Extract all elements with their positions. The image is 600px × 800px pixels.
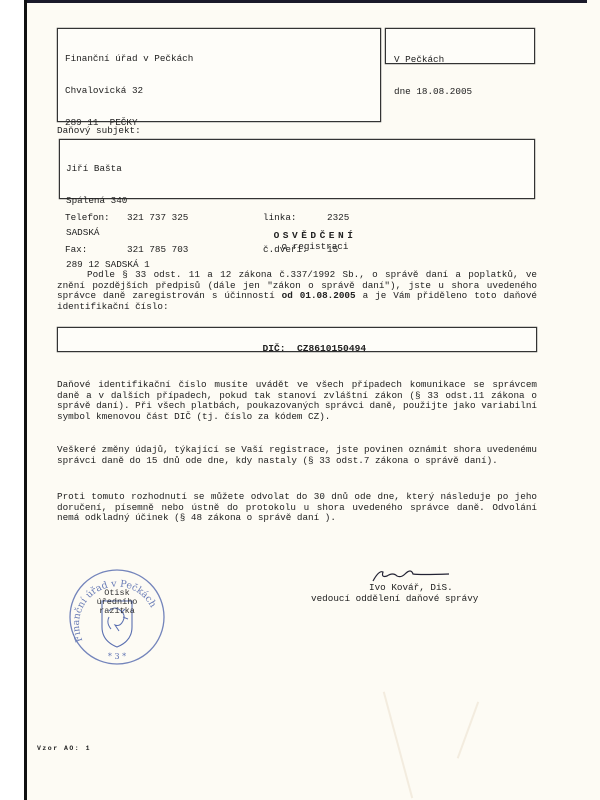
date-box: V Pečkách dne 18.08.2005 (385, 28, 535, 64)
title-sub: o registraci (27, 241, 600, 252)
paper-crease (383, 692, 413, 799)
title-main: OSVĚDČENÍ (27, 230, 600, 241)
paper-crease (457, 702, 479, 759)
signatory-name: Ivo Kovář, DiS. (369, 582, 453, 593)
date-value: dne 18.08.2005 (394, 87, 472, 98)
subject-label: Daňový subjekt: (57, 126, 141, 137)
scan-edge (27, 0, 587, 3)
official-stamp: Finanční úřad v Pečkách Otisk úředního r… (67, 567, 167, 667)
dic-box: DIČ: CZ8610150494 (57, 327, 537, 352)
office-header-box: Finanční úřad v Pečkách Chvalovická 32 2… (57, 28, 381, 122)
subject-box: Jiří Bašta Spálená 340 SADSKÁ 289 12 SAD… (59, 139, 535, 199)
dic-usage-paragraph: Daňové identifikační číslo musíte uvádět… (57, 380, 537, 422)
signatory-role: vedoucí oddělení daňové správy (311, 593, 478, 604)
document-page: Finanční úřad v Pečkách Chvalovická 32 2… (24, 0, 600, 800)
dic-label: DIČ: (262, 343, 285, 354)
changes-paragraph: Veškeré změny údajů, týkající se Vaší re… (57, 445, 537, 466)
dic-line: DIČ: CZ8610150494 (58, 333, 536, 365)
subject-street: Spálená 340 (66, 196, 150, 207)
form-code: Vzor AO: 1 (37, 744, 91, 755)
svg-text:razítka: razítka (99, 606, 135, 616)
office-name: Finanční úřad v Pečkách (65, 54, 349, 65)
document-title: OSVĚDČENÍ o registraci (27, 230, 600, 252)
linka-value: 2325 (327, 213, 349, 224)
date-place: V Pečkách (394, 55, 472, 66)
appeal-paragraph: Proti tomuto rozhodnutí se můžete odvola… (57, 492, 537, 524)
subject-name: Jiří Bašta (66, 164, 150, 175)
p1-effective-date: od 01.08.2005 (282, 290, 356, 301)
svg-text:* 3 *: * 3 * (108, 652, 126, 661)
registration-paragraph: Podle § 33 odst. 11 a 12 zákona č.337/19… (57, 270, 537, 312)
linka-label: linka: (263, 213, 327, 224)
office-street: Chvalovická 32 (65, 86, 349, 97)
dic-value: CZ8610150494 (297, 343, 366, 354)
